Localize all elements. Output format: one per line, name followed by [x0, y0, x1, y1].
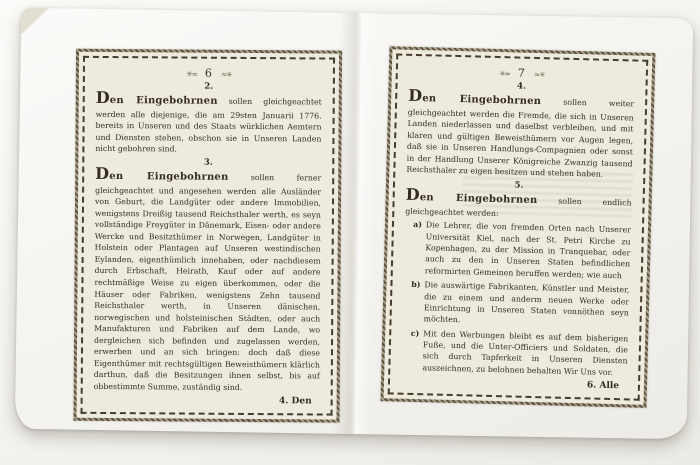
- section-number-3: 3.: [95, 157, 321, 169]
- header-ornament-right-icon: ≈✳: [534, 70, 545, 79]
- section-3-lead: Den Eingebohrnen: [95, 171, 228, 183]
- list-item-a: a) Die Lehrer, die von fremden Orten nac…: [408, 219, 631, 281]
- item-b-label: b): [406, 279, 420, 325]
- section-2-lead: Den Eingebohrnen: [96, 95, 218, 107]
- item-a-text: Die Lehrer, die von fremden Orten nach U…: [425, 220, 631, 282]
- section-4-lead: Den Eingebohrnen: [408, 93, 541, 107]
- list-item-b: b) Die auswärtige Fabrikanten, Künstler …: [406, 279, 629, 330]
- page-right-frame-gap: ✳≈ 7 ≈✳ 4. Den Eingebohrnen sollen weite…: [384, 49, 653, 405]
- section-5-items: a) Die Lehrer, die von fremden Orten nac…: [405, 219, 631, 378]
- page-right: ✳≈ 7 ≈✳ 4. Den Eingebohrnen sollen weite…: [381, 46, 656, 408]
- section-4-paragraph: Den Eingebohrnen sollen weiter gleichgea…: [406, 90, 634, 182]
- section-5-paragraph: Den Eingebohrnen sollen endlich gleichge…: [405, 189, 632, 223]
- page-left-frame-inner: ✳≈ 6 ≈✳ 2. Den Eingebohrnen sollen gleic…: [81, 56, 335, 416]
- item-a-label: a): [408, 219, 422, 276]
- page-right-frame-inner: ✳≈ 7 ≈✳ 4. Den Eingebohrnen sollen weite…: [388, 53, 649, 400]
- page-number-left: 6: [205, 67, 213, 80]
- item-b-text: Die auswärtige Fabrikanten, Künstler und…: [423, 279, 629, 330]
- section-4-body: sollen weiter gleichgeachtet werden die …: [406, 98, 634, 179]
- document-sheet: ✳≈ 6 ≈✳ 2. Den Eingebohrnen sollen gleic…: [15, 8, 694, 440]
- header-ornament-left-icon: ✳≈: [186, 70, 197, 79]
- page-left-header: ✳≈ 6 ≈✳: [96, 66, 322, 81]
- header-ornament-right-icon: ≈✳: [221, 70, 232, 79]
- item-c-text: Mit den Werbungen bleibt es auf dem bish…: [422, 328, 628, 379]
- photograph-background: ✳≈ 6 ≈✳ 2. Den Eingebohrnen sollen gleic…: [0, 0, 700, 465]
- section-2-paragraph: Den Eingebohrnen sollen gleichgeachtet w…: [95, 92, 321, 156]
- catchword-left: 4. Den: [94, 395, 320, 407]
- section-5-lead: Den Eingebohrnen: [406, 192, 538, 206]
- page-left: ✳≈ 6 ≈✳ 2. Den Eingebohrnen sollen gleic…: [73, 49, 342, 423]
- catchword-right: 6. Alle: [401, 376, 627, 392]
- page-number-right: 7: [518, 67, 526, 80]
- page-left-frame-gap: ✳≈ 6 ≈✳ 2. Den Eingebohrnen sollen gleic…: [77, 52, 340, 420]
- item-c-label: c): [405, 327, 419, 373]
- dog-eared-corner: [21, 8, 51, 34]
- header-ornament-left-icon: ✳≈: [499, 69, 510, 78]
- section-3-paragraph: Den Eingebohrnen sollen ferner gleichgea…: [94, 168, 322, 394]
- list-item-c: c) Mit den Werbungen bleibt es auf dem b…: [405, 327, 628, 378]
- section-number-2: 2.: [96, 81, 322, 93]
- section-3-body: sollen ferner gleichgeachtet und angeseh…: [94, 173, 322, 392]
